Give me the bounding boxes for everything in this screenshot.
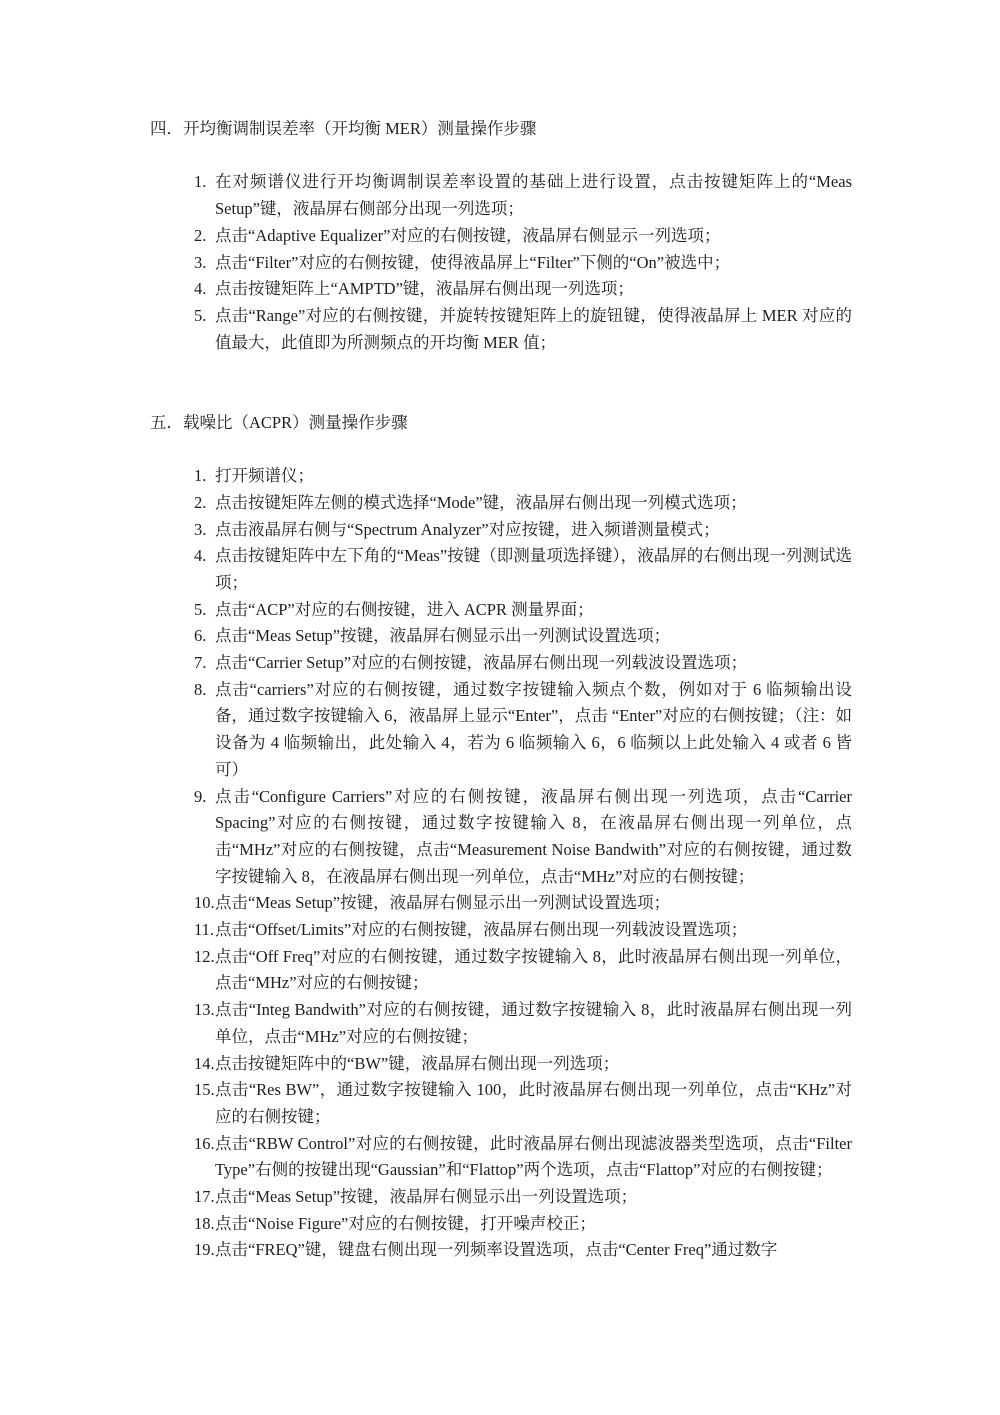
step-number: 7.: [194, 650, 206, 677]
step-number: 3.: [194, 250, 206, 277]
step-text: 点击按键矩阵上“AMPTD”键，液晶屏右侧出现一列选项；: [215, 279, 634, 298]
step-number: 3.: [194, 517, 206, 544]
step-number: 4.: [194, 276, 206, 303]
step-number: 13.: [194, 997, 215, 1024]
step-item: 6.点击“Meas Setup”按键，液晶屏右侧显示出一列测试设置选项；: [150, 623, 852, 650]
step-item: 5.点击“Range”对应的右侧按键，并旋转按键矩阵上的旋钮键，使得液晶屏上 M…: [150, 303, 852, 356]
section-heading-acpr: 五．载噪比（ACPR）测量操作步骤: [150, 410, 852, 437]
step-text: 点击“carriers”对应的右侧按键，通过数字按键输入频点个数，例如对于 6 …: [215, 680, 852, 779]
step-number: 4.: [194, 543, 206, 570]
step-number: 8.: [194, 677, 206, 704]
step-item: 4.点击按键矩阵中左下角的“Meas”按键（即测量项选择键），液晶屏的右侧出现一…: [150, 543, 852, 596]
step-item: 18.点击“Noise Figure”对应的右侧按键，打开噪声校正；: [150, 1211, 852, 1238]
step-item: 1.在对频谱仪进行开均衡调制误差率设置的基础上进行设置，点击按键矩阵上的“Mea…: [150, 169, 852, 222]
step-text: 点击“Offset/Limits”对应的右侧按键，液晶屏右侧出现一列载波设置选项…: [215, 920, 747, 939]
step-text: 点击“RBW Control”对应的右侧按键，此时液晶屏右侧出现滤波器类型选项，…: [215, 1134, 852, 1180]
step-number: 5.: [194, 597, 206, 624]
step-text: 点击“Meas Setup”按键，液晶屏右侧显示出一列测试设置选项；: [215, 626, 670, 645]
step-text: 点击“Meas Setup”按键，液晶屏右侧显示出一列测试设置选项；: [215, 893, 670, 912]
step-number: 9.: [194, 784, 206, 811]
step-number: 10.: [194, 890, 215, 917]
step-item: 3.点击液晶屏右侧与“Spectrum Analyzer”对应按键，进入频谱测量…: [150, 517, 852, 544]
step-item: 10.点击“Meas Setup”按键，液晶屏右侧显示出一列测试设置选项；: [150, 890, 852, 917]
step-text: 打开频谱仪；: [215, 466, 314, 485]
step-item: 2.点击按键矩阵左侧的模式选择“Mode”键，液晶屏右侧出现一列模式选项；: [150, 490, 852, 517]
step-number: 12.: [194, 944, 215, 971]
step-text: 在对频谱仪进行开均衡调制误差率设置的基础上进行设置，点击按键矩阵上的“Meas …: [215, 172, 852, 218]
step-item: 2.点击“Adaptive Equalizer”对应的右侧按键，液晶屏右侧显示一…: [150, 223, 852, 250]
step-number: 5.: [194, 303, 206, 330]
step-item: 19.点击“FREQ”键，键盘右侧出现一列频率设置选项，点击“Center Fr…: [150, 1237, 852, 1264]
step-number: 1.: [194, 169, 206, 196]
step-text: 点击“ACP”对应的右侧按键，进入 ACPR 测量界面；: [215, 600, 594, 619]
step-text: 点击按键矩阵中左下角的“Meas”按键（即测量项选择键），液晶屏的右侧出现一列测…: [215, 546, 852, 592]
step-number: 6.: [194, 623, 206, 650]
step-item: 3.点击“Filter”对应的右侧按键，使得液晶屏上“Filter”下侧的“On…: [150, 250, 852, 277]
step-item: 4.点击按键矩阵上“AMPTD”键，液晶屏右侧出现一列选项；: [150, 276, 852, 303]
step-item: 7.点击“Carrier Setup”对应的右侧按键，液晶屏右侧出现一列载波设置…: [150, 650, 852, 677]
step-item: 14.点击按键矩阵中的“BW”键，液晶屏右侧出现一列选项；: [150, 1051, 852, 1078]
step-item: 11.点击“Offset/Limits”对应的右侧按键，液晶屏右侧出现一列载波设…: [150, 917, 852, 944]
step-item: 16.点击“RBW Control”对应的右侧按键，此时液晶屏右侧出现滤波器类型…: [150, 1131, 852, 1184]
step-number: 17.: [194, 1184, 215, 1211]
step-number: 14.: [194, 1051, 215, 1078]
step-item: 17.点击“Meas Setup”按键，液晶屏右侧显示出一列设置选项；: [150, 1184, 852, 1211]
section-mer: 四．开均衡调制误差率（开均衡 MER）测量操作步骤 1.在对频谱仪进行开均衡调制…: [150, 116, 852, 356]
step-number: 1.: [194, 463, 206, 490]
step-item: 8.点击“carriers”对应的右侧按键，通过数字按键输入频点个数，例如对于 …: [150, 677, 852, 784]
step-item: 9.点击“Configure Carriers”对应的右侧按键，液晶屏右侧出现一…: [150, 784, 852, 891]
section-acpr: 五．载噪比（ACPR）测量操作步骤 1.打开频谱仪； 2.点击按键矩阵左侧的模式…: [150, 410, 852, 1264]
step-text: 点击“Carrier Setup”对应的右侧按键，液晶屏右侧出现一列载波设置选项…: [215, 653, 747, 672]
step-item: 13.点击“Integ Bandwith”对应的右侧按键，通过数字按键输入 8，…: [150, 997, 852, 1050]
section-heading-mer: 四．开均衡调制误差率（开均衡 MER）测量操作步骤: [150, 116, 852, 143]
step-text: 点击“FREQ”键，键盘右侧出现一列频率设置选项，点击“Center Freq”…: [215, 1240, 777, 1259]
step-list-mer: 1.在对频谱仪进行开均衡调制误差率设置的基础上进行设置，点击按键矩阵上的“Mea…: [150, 169, 852, 356]
step-text: 点击“Res BW”，通过数字按键输入 100，此时液晶屏右侧出现一列单位，点击…: [215, 1080, 852, 1126]
step-number: 15.: [194, 1077, 215, 1104]
step-text: 点击“Adaptive Equalizer”对应的右侧按键，液晶屏右侧显示一列选…: [215, 226, 720, 245]
step-number: 11.: [194, 917, 214, 944]
step-item: 5.点击“ACP”对应的右侧按键，进入 ACPR 测量界面；: [150, 597, 852, 624]
step-number: 2.: [194, 490, 206, 517]
step-text: 点击按键矩阵中的“BW”键，液晶屏右侧出现一列选项；: [215, 1054, 619, 1073]
step-text: 点击“Noise Figure”对应的右侧按键，打开噪声校正；: [215, 1214, 596, 1233]
step-number: 16.: [194, 1131, 215, 1158]
step-text: 点击“Filter”对应的右侧按键，使得液晶屏上“Filter”下侧的“On”被…: [215, 253, 730, 272]
step-text: 点击“Off Freq”对应的右侧按键，通过数字按键输入 8，此时液晶屏右侧出现…: [215, 947, 852, 993]
step-text: 点击“Range”对应的右侧按键，并旋转按键矩阵上的旋钮键，使得液晶屏上 MER…: [215, 306, 852, 352]
step-text: 点击“Meas Setup”按键，液晶屏右侧显示出一列设置选项；: [215, 1187, 637, 1206]
step-text: 点击液晶屏右侧与“Spectrum Analyzer”对应按键，进入频谱测量模式…: [215, 520, 720, 539]
step-text: 点击“Configure Carriers”对应的右侧按键，液晶屏右侧出现一列选…: [215, 787, 852, 886]
step-number: 18.: [194, 1211, 215, 1238]
step-item: 15.点击“Res BW”，通过数字按键输入 100，此时液晶屏右侧出现一列单位…: [150, 1077, 852, 1130]
step-item: 1.打开频谱仪；: [150, 463, 852, 490]
step-number: 2.: [194, 223, 206, 250]
document-content: 四．开均衡调制误差率（开均衡 MER）测量操作步骤 1.在对频谱仪进行开均衡调制…: [150, 116, 852, 1264]
step-list-acpr: 1.打开频谱仪； 2.点击按键矩阵左侧的模式选择“Mode”键，液晶屏右侧出现一…: [150, 463, 852, 1264]
document-page: 四．开均衡调制误差率（开均衡 MER）测量操作步骤 1.在对频谱仪进行开均衡调制…: [0, 0, 1000, 1415]
step-item: 12.点击“Off Freq”对应的右侧按键，通过数字按键输入 8，此时液晶屏右…: [150, 944, 852, 997]
step-text: 点击“Integ Bandwith”对应的右侧按键，通过数字按键输入 8，此时液…: [215, 1000, 852, 1046]
step-number: 19.: [194, 1237, 215, 1264]
step-text: 点击按键矩阵左侧的模式选择“Mode”键，液晶屏右侧出现一列模式选项；: [215, 493, 747, 512]
